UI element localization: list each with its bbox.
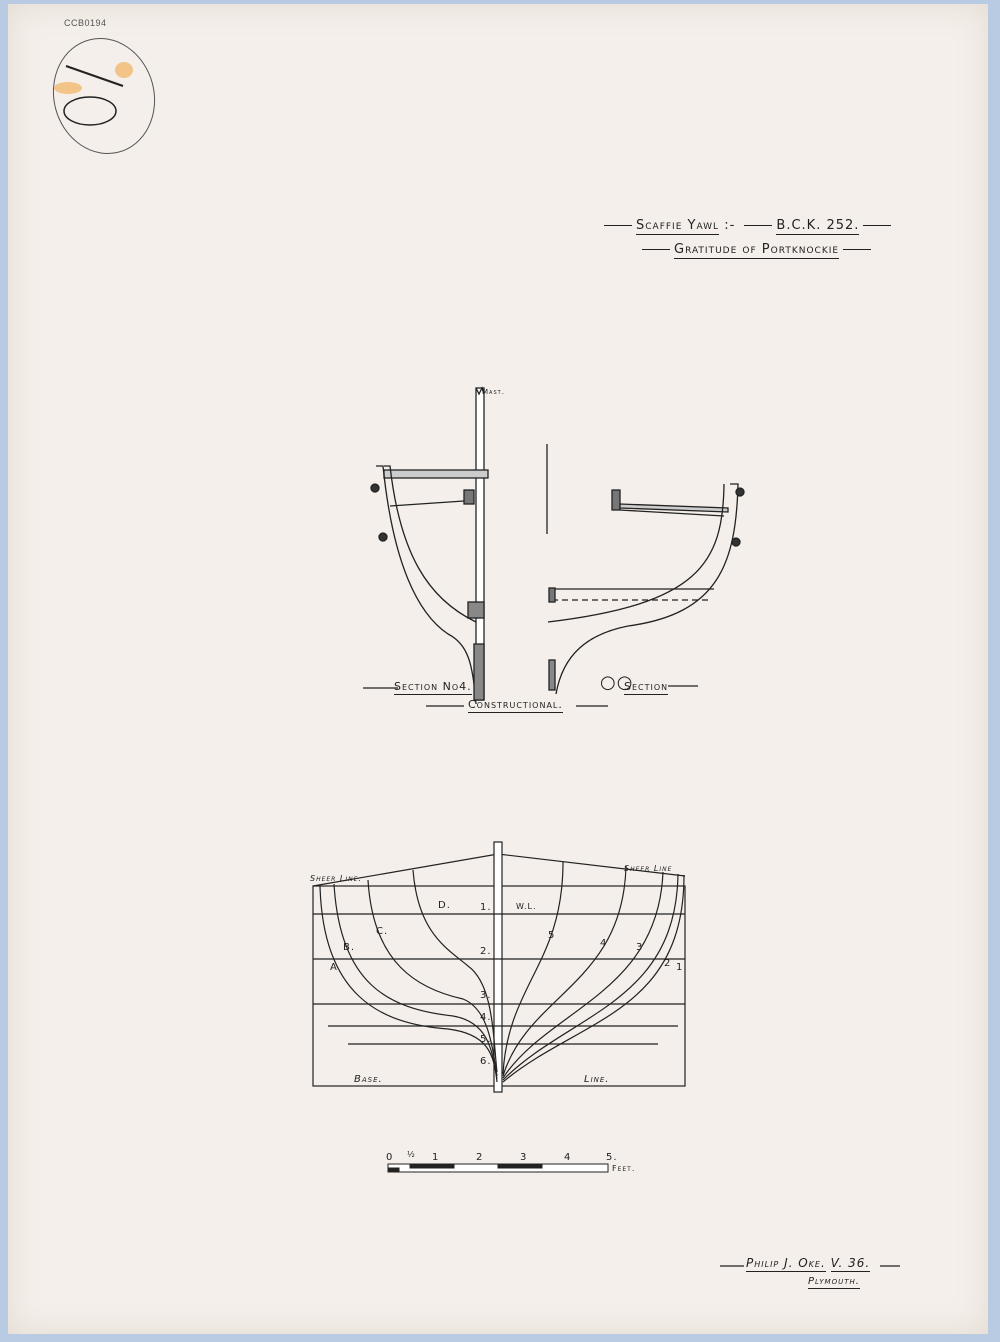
section-label-3: 3 xyxy=(636,942,643,953)
waterline-number-1: 1. xyxy=(480,902,492,913)
signature-line: Philip J. Oke. V. 36. xyxy=(746,1256,870,1270)
waterline-number-6: 6. xyxy=(480,1056,492,1067)
scale-tick-2: 2 xyxy=(476,1152,483,1163)
line-label: Line. xyxy=(584,1074,609,1085)
base-label: Base. xyxy=(354,1074,383,1085)
scale-unit: Feet. xyxy=(612,1164,635,1173)
waterline-label: W.L. xyxy=(516,902,537,911)
section-label-c: C. xyxy=(376,926,388,937)
vessel-type: Scaffie Yawl xyxy=(636,218,719,235)
waterline-number-4: 4. xyxy=(480,1012,492,1023)
title-line-1: Scaffie Yawl :- B.C.K. 252. xyxy=(600,218,895,233)
signature-date: V. 36. xyxy=(831,1256,871,1272)
section-label-5: 5 xyxy=(548,930,555,941)
registration-number: B.C.K. 252. xyxy=(776,218,859,235)
sheer-line-label-right: Sheer Line xyxy=(624,864,672,873)
waterline-number-3: 3. xyxy=(480,990,492,1001)
signature-place: Plymouth. xyxy=(808,1276,860,1289)
scale-tick-1: 1 xyxy=(432,1152,439,1163)
section-label-2: 2 xyxy=(664,958,671,969)
constructional-caption: Constructional. xyxy=(468,698,563,713)
section-no4-drawing xyxy=(371,388,488,704)
drawing-lines xyxy=(8,4,988,1334)
waterline-number-5: 5. xyxy=(480,1034,492,1045)
scale-tick-3: 3 xyxy=(520,1152,527,1163)
section-label-b: B. xyxy=(343,942,355,953)
section-label-4: 4 xyxy=(600,938,607,949)
scale-tick-5: 5. xyxy=(606,1152,618,1163)
title-separator: :- xyxy=(724,218,735,233)
section-label-d: D. xyxy=(438,900,451,911)
drawing-sheet: CCB0194 xyxy=(8,4,988,1334)
section-label-1: 1. xyxy=(676,962,688,973)
sheer-line-label-left: Sheer Line. xyxy=(310,874,362,883)
scale-tick-half: ½ xyxy=(407,1150,416,1159)
section-no4-caption: Section No4. xyxy=(394,680,472,695)
section-label-a: A xyxy=(330,962,338,973)
title-line-2: Gratitude of Portknockie xyxy=(638,242,875,257)
vessel-name: Gratitude of Portknockie xyxy=(674,242,839,259)
midship-section-drawing xyxy=(548,484,744,694)
scale-bar xyxy=(388,1164,608,1172)
section-caption: Section xyxy=(624,680,668,695)
scale-tick-4: 4 xyxy=(564,1152,571,1163)
body-plan-drawing xyxy=(313,842,685,1092)
mast-label: Mast. xyxy=(482,388,505,396)
signature-name: Philip J. Oke. xyxy=(746,1256,826,1272)
waterline-number-2: 2. xyxy=(480,946,492,957)
scale-tick-0: 0 xyxy=(386,1152,393,1163)
circled-number-mark xyxy=(41,27,168,165)
